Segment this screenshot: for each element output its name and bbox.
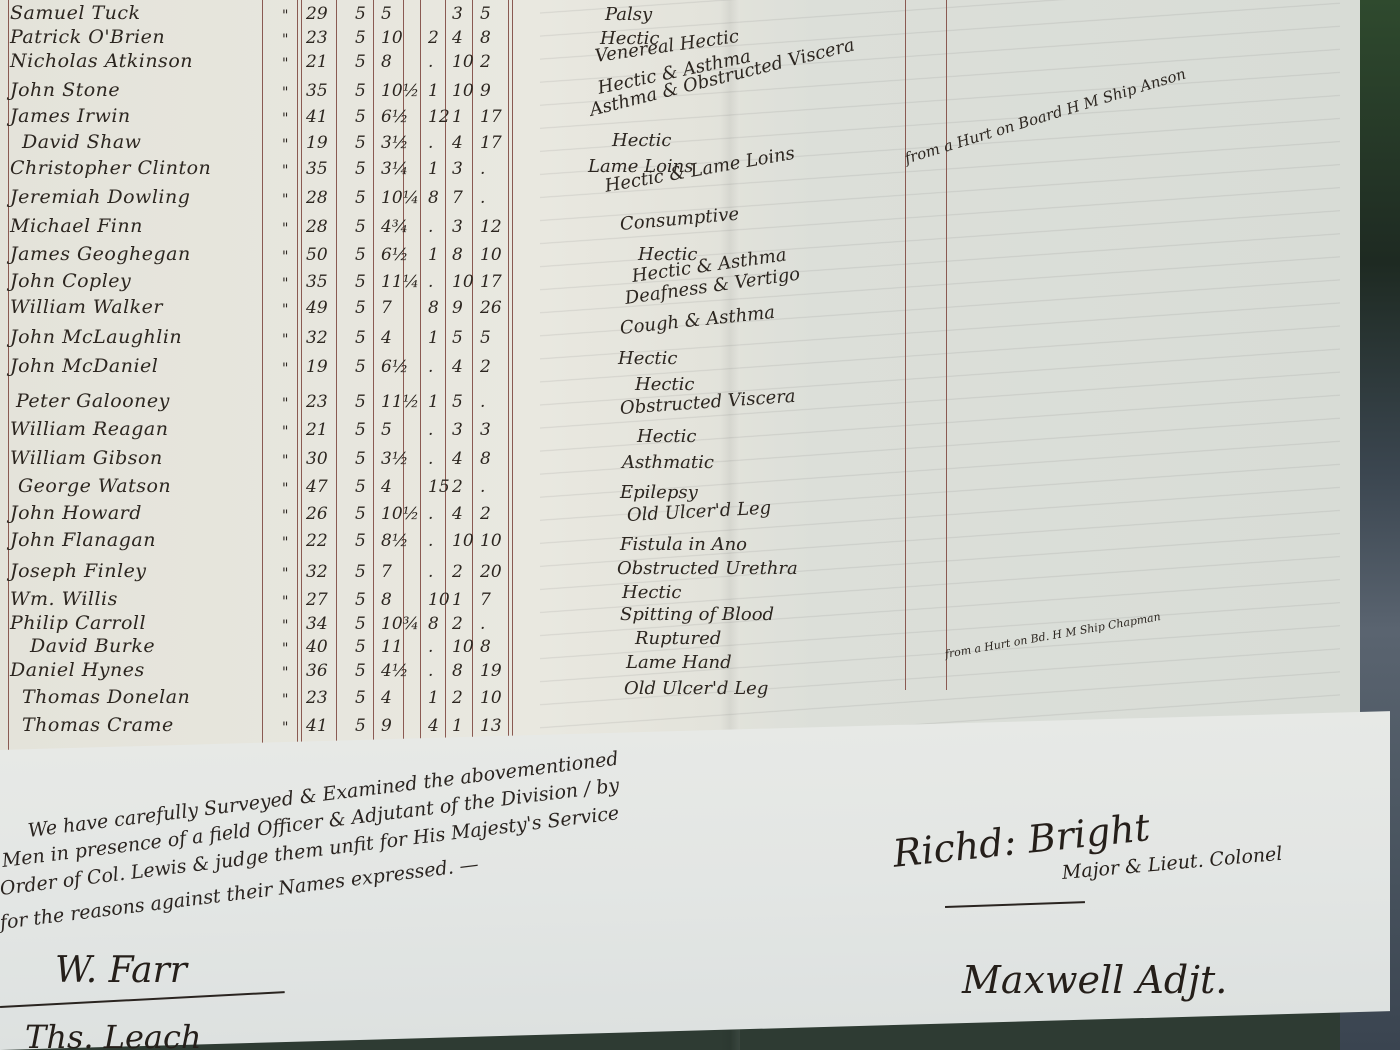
- height-ft: 5: [355, 661, 366, 681]
- height-ft: 5: [355, 298, 366, 318]
- age: 35: [306, 272, 328, 292]
- signature-surgeon: Ths. Leach: [25, 1018, 202, 1050]
- height-in: 7: [381, 562, 392, 582]
- table-row: John Copley " 35 5 11¼ . 10 17: [0, 270, 560, 298]
- age: 22: [306, 531, 328, 551]
- table-row: John McLaughlin " 32 5 4 1 5 5: [0, 326, 560, 354]
- ditto-mark: ": [282, 276, 288, 292]
- ditto-mark: ": [282, 566, 288, 582]
- service-days: 7: [480, 590, 491, 610]
- height-in: 5: [381, 4, 392, 24]
- service-days: .: [480, 392, 485, 412]
- ditto-mark: ": [282, 361, 288, 377]
- soldier-name: Joseph Finley: [10, 560, 147, 582]
- service-months: 1: [452, 716, 463, 736]
- service-days: 19: [480, 661, 502, 681]
- age: 19: [306, 357, 328, 377]
- service-years: .: [428, 133, 433, 153]
- soldier-name: Christopher Clinton: [10, 157, 211, 179]
- service-days: .: [480, 159, 485, 179]
- ditto-mark: ": [282, 56, 288, 72]
- height-in: 10½: [381, 504, 419, 524]
- service-days: 8: [480, 449, 491, 469]
- age: 35: [306, 81, 328, 101]
- service-years: 1: [428, 81, 439, 101]
- ditto-mark: ": [282, 163, 288, 179]
- service-years: .: [428, 562, 433, 582]
- soldier-name: John Stone: [10, 79, 120, 101]
- height-ft: 5: [355, 590, 366, 610]
- table-row: John Flanagan " 22 5 8½ . 10 10: [0, 529, 560, 557]
- service-years: .: [428, 357, 433, 377]
- soldier-name: Michael Finn: [10, 215, 143, 237]
- ditto-mark: ": [282, 32, 288, 48]
- ditto-mark: ": [282, 720, 288, 736]
- height-in: 4¾: [381, 217, 408, 237]
- age: 23: [306, 688, 328, 708]
- ditto-mark: ": [282, 221, 288, 237]
- height-ft: 5: [355, 245, 366, 265]
- soldier-name: John Flanagan: [10, 529, 156, 551]
- ditto-mark: ": [282, 508, 288, 524]
- soldier-name: George Watson: [18, 475, 171, 497]
- service-years: 12: [428, 107, 450, 127]
- service-years: 2: [428, 28, 439, 48]
- service-months: 2: [452, 688, 463, 708]
- ditto-mark: ": [282, 665, 288, 681]
- service-months: 9: [452, 298, 463, 318]
- table-row: Jeremiah Dowling " 28 5 10¼ 8 7 .: [0, 186, 560, 214]
- service-months: 10: [452, 52, 474, 72]
- height-in: 5: [381, 420, 392, 440]
- table-row: Joseph Finley " 32 5 7 . 2 20: [0, 560, 560, 588]
- service-days: 17: [480, 107, 502, 127]
- service-years: 1: [428, 159, 439, 179]
- age: 34: [306, 614, 328, 634]
- soldier-name: Thomas Donelan: [22, 686, 190, 708]
- age: 35: [306, 159, 328, 179]
- soldier-name: Patrick O'Brien: [10, 26, 165, 48]
- service-days: 2: [480, 52, 491, 72]
- height-ft: 5: [355, 637, 366, 657]
- age: 49: [306, 298, 328, 318]
- height-ft: 5: [355, 28, 366, 48]
- table-row: John Howard " 26 5 10½ . 4 2: [0, 502, 560, 530]
- height-in: 11¼: [381, 272, 419, 292]
- height-in: 6½: [381, 107, 408, 127]
- service-years: .: [428, 420, 433, 440]
- service-years: .: [428, 504, 433, 524]
- ditto-mark: ": [282, 594, 288, 610]
- service-days: 20: [480, 562, 502, 582]
- ditto-mark: ": [282, 332, 288, 348]
- soldier-name: James Irwin: [10, 105, 131, 127]
- height-ft: 5: [355, 4, 366, 24]
- soldier-name: David Shaw: [22, 131, 141, 153]
- service-days: 10: [480, 531, 502, 551]
- table-row: John Stone " 35 5 10½ 1 10 9: [0, 79, 560, 107]
- service-days: 17: [480, 133, 502, 153]
- table-row: Christopher Clinton " 35 5 3¼ 1 3 .: [0, 157, 560, 185]
- soldier-name: James Geoghegan: [10, 243, 191, 265]
- complaint: Lame Hand: [626, 652, 732, 673]
- service-months: 2: [452, 477, 463, 497]
- service-days: 3: [480, 420, 491, 440]
- height-in: 8: [381, 52, 392, 72]
- complaint: Hectic: [635, 374, 695, 395]
- soldier-name: Nicholas Atkinson: [10, 50, 193, 72]
- service-days: 5: [480, 4, 491, 24]
- service-years: 1: [428, 245, 439, 265]
- soldier-name: Jeremiah Dowling: [10, 186, 190, 208]
- service-months: 3: [452, 159, 463, 179]
- service-months: 8: [452, 661, 463, 681]
- soldier-name: Samuel Tuck: [10, 2, 141, 24]
- ditto-mark: ": [282, 396, 288, 412]
- service-months: 10: [452, 81, 474, 101]
- height-in: 4: [381, 688, 392, 708]
- ditto-mark: ": [282, 618, 288, 634]
- soldier-name: John Copley: [10, 270, 131, 292]
- height-in: 10½: [381, 81, 419, 101]
- service-months: 4: [452, 133, 463, 153]
- soldier-name: Peter Galooney: [16, 390, 170, 412]
- service-years: .: [428, 217, 433, 237]
- complaint: Fistula in Ano: [620, 534, 747, 555]
- height-in: 9: [381, 716, 392, 736]
- service-months: 3: [452, 217, 463, 237]
- service-years: 15: [428, 477, 450, 497]
- complaint: Ruptured: [635, 628, 721, 649]
- ditto-mark: ": [282, 453, 288, 469]
- age: 32: [306, 562, 328, 582]
- signature-adjutant: Maxwell Adjt.: [962, 958, 1227, 1002]
- complaint: Hectic: [612, 130, 672, 151]
- height-ft: 5: [355, 328, 366, 348]
- complaint: Hectic: [637, 426, 697, 447]
- age: 21: [306, 52, 328, 72]
- age: 23: [306, 28, 328, 48]
- height-in: 7: [381, 298, 392, 318]
- height-ft: 5: [355, 716, 366, 736]
- service-years: 1: [428, 328, 439, 348]
- service-months: 3: [452, 420, 463, 440]
- service-days: 10: [480, 245, 502, 265]
- height-ft: 5: [355, 272, 366, 292]
- service-days: .: [480, 188, 485, 208]
- service-months: 4: [452, 449, 463, 469]
- service-days: 9: [480, 81, 491, 101]
- height-in: 3¼: [381, 159, 408, 179]
- height-ft: 5: [355, 504, 366, 524]
- service-years: 1: [428, 688, 439, 708]
- height-in: 6½: [381, 357, 408, 377]
- height-ft: 5: [355, 188, 366, 208]
- height-ft: 5: [355, 531, 366, 551]
- height-in: 8½: [381, 531, 408, 551]
- height-ft: 5: [355, 81, 366, 101]
- soldier-name: Daniel Hynes: [10, 659, 145, 681]
- ditto-mark: ": [282, 85, 288, 101]
- height-in: 11½: [381, 392, 419, 412]
- age: 28: [306, 188, 328, 208]
- ditto-mark: ": [282, 535, 288, 551]
- height-ft: 5: [355, 52, 366, 72]
- age: 32: [306, 328, 328, 348]
- height-in: 4½: [381, 661, 408, 681]
- ditto-mark: ": [282, 249, 288, 265]
- age: 28: [306, 217, 328, 237]
- service-days: 2: [480, 357, 491, 377]
- complaint: Hectic: [618, 348, 678, 369]
- service-years: .: [428, 52, 433, 72]
- complaint: Palsy: [605, 4, 652, 25]
- height-ft: 5: [355, 133, 366, 153]
- ditto-mark: ": [282, 137, 288, 153]
- service-years: .: [428, 449, 433, 469]
- complaint: Epilepsy: [620, 482, 698, 503]
- table-row: William Reagan " 21 5 5 . 3 3: [0, 418, 560, 446]
- height-ft: 5: [355, 614, 366, 634]
- complaint: Obstructed Urethra: [617, 558, 798, 579]
- table-row: Thomas Donelan " 23 5 4 1 2 10: [0, 686, 560, 714]
- age: 19: [306, 133, 328, 153]
- soldier-name: Thomas Crame: [22, 714, 174, 736]
- service-days: 8: [480, 28, 491, 48]
- height-ft: 5: [355, 159, 366, 179]
- table-rule: [905, 0, 906, 690]
- age: 29: [306, 4, 328, 24]
- table-row: William Walker " 49 5 7 8 9 26: [0, 296, 560, 324]
- ditto-mark: ": [282, 111, 288, 127]
- height-ft: 5: [355, 562, 366, 582]
- table-row: David Shaw " 19 5 3½ . 4 17: [0, 131, 560, 159]
- soldier-name: John McLaughlin: [10, 326, 182, 348]
- table-row: James Irwin " 41 5 6½ 12 1 17: [0, 105, 560, 133]
- service-days: 17: [480, 272, 502, 292]
- age: 26: [306, 504, 328, 524]
- ditto-mark: ": [282, 8, 288, 24]
- height-in: 6½: [381, 245, 408, 265]
- service-months: 7: [452, 188, 463, 208]
- service-days: .: [480, 614, 485, 634]
- height-ft: 5: [355, 392, 366, 412]
- service-days: .: [480, 477, 485, 497]
- table-row: William Gibson " 30 5 3½ . 4 8: [0, 447, 560, 475]
- height-in: 10¾: [381, 614, 419, 634]
- service-months: 2: [452, 562, 463, 582]
- height-ft: 5: [355, 688, 366, 708]
- height-in: 8: [381, 590, 392, 610]
- complaint: Spitting of Blood: [620, 604, 774, 625]
- service-years: 8: [428, 188, 439, 208]
- age: 21: [306, 420, 328, 440]
- height-ft: 5: [355, 420, 366, 440]
- ditto-mark: ": [282, 641, 288, 657]
- service-months: 10: [452, 531, 474, 551]
- age: 50: [306, 245, 328, 265]
- age: 41: [306, 107, 328, 127]
- service-months: 2: [452, 614, 463, 634]
- age: 27: [306, 590, 328, 610]
- soldier-name: David Burke: [30, 635, 155, 657]
- service-years: 10: [428, 590, 450, 610]
- service-months: 4: [452, 504, 463, 524]
- service-days: 2: [480, 504, 491, 524]
- height-in: 3½: [381, 449, 408, 469]
- ditto-mark: ": [282, 192, 288, 208]
- service-months: 4: [452, 357, 463, 377]
- service-months: 5: [452, 392, 463, 412]
- service-days: 12: [480, 217, 502, 237]
- height-ft: 5: [355, 477, 366, 497]
- service-months: 3: [452, 4, 463, 24]
- age: 36: [306, 661, 328, 681]
- ditto-mark: ": [282, 302, 288, 318]
- service-years: .: [428, 531, 433, 551]
- table-row: James Geoghegan " 50 5 6½ 1 8 10: [0, 243, 560, 271]
- height-in: 10: [381, 28, 403, 48]
- complaint: Old Ulcer'd Leg: [624, 678, 768, 699]
- height-ft: 5: [355, 217, 366, 237]
- service-days: 8: [480, 637, 491, 657]
- age: 47: [306, 477, 328, 497]
- service-months: 5: [452, 328, 463, 348]
- service-years: 4: [428, 716, 439, 736]
- soldier-name: John McDaniel: [10, 355, 158, 377]
- signature-surgeon: W. Farr: [55, 950, 187, 991]
- age: 23: [306, 392, 328, 412]
- height-in: 4: [381, 477, 392, 497]
- table-row: Nicholas Atkinson " 21 5 8 . 10 2: [0, 50, 560, 78]
- complaint: Hectic: [622, 582, 682, 603]
- ditto-mark: ": [282, 692, 288, 708]
- table-row: Peter Galooney " 23 5 11½ 1 5 .: [0, 390, 560, 418]
- service-months: 1: [452, 107, 463, 127]
- ditto-mark: ": [282, 424, 288, 440]
- table-row: Daniel Hynes " 36 5 4½ . 8 19: [0, 659, 560, 687]
- age: 40: [306, 637, 328, 657]
- height-in: 11: [381, 637, 403, 657]
- table-row: Michael Finn " 28 5 4¾ . 3 12: [0, 215, 560, 243]
- height-in: 4: [381, 328, 392, 348]
- height-ft: 5: [355, 449, 366, 469]
- height-ft: 5: [355, 107, 366, 127]
- age: 41: [306, 716, 328, 736]
- service-months: 4: [452, 28, 463, 48]
- service-months: 8: [452, 245, 463, 265]
- soldier-name: Wm. Willis: [10, 588, 118, 610]
- soldier-name: John Howard: [10, 502, 142, 524]
- height-ft: 5: [355, 357, 366, 377]
- service-days: 10: [480, 688, 502, 708]
- table-row: John McDaniel " 19 5 6½ . 4 2: [0, 355, 560, 383]
- table-row: George Watson " 47 5 4 15 2 .: [0, 475, 560, 503]
- service-years: .: [428, 272, 433, 292]
- service-days: 13: [480, 716, 502, 736]
- service-months: 10: [452, 272, 474, 292]
- service-years: 8: [428, 614, 439, 634]
- height-in: 3½: [381, 133, 408, 153]
- complaint: Asthmatic: [622, 452, 714, 473]
- table-rule: [946, 0, 947, 690]
- service-years: 8: [428, 298, 439, 318]
- ditto-mark: ": [282, 481, 288, 497]
- soldier-name: William Walker: [10, 296, 163, 318]
- service-months: 1: [452, 590, 463, 610]
- service-months: 10: [452, 637, 474, 657]
- height-in: 10¼: [381, 188, 419, 208]
- soldier-name: William Gibson: [10, 447, 163, 469]
- service-days: 26: [480, 298, 502, 318]
- service-years: .: [428, 637, 433, 657]
- service-days: 5: [480, 328, 491, 348]
- service-years: .: [428, 661, 433, 681]
- service-years: 1: [428, 392, 439, 412]
- soldier-name: William Reagan: [10, 418, 169, 440]
- soldier-name: Philip Carroll: [10, 612, 146, 634]
- age: 30: [306, 449, 328, 469]
